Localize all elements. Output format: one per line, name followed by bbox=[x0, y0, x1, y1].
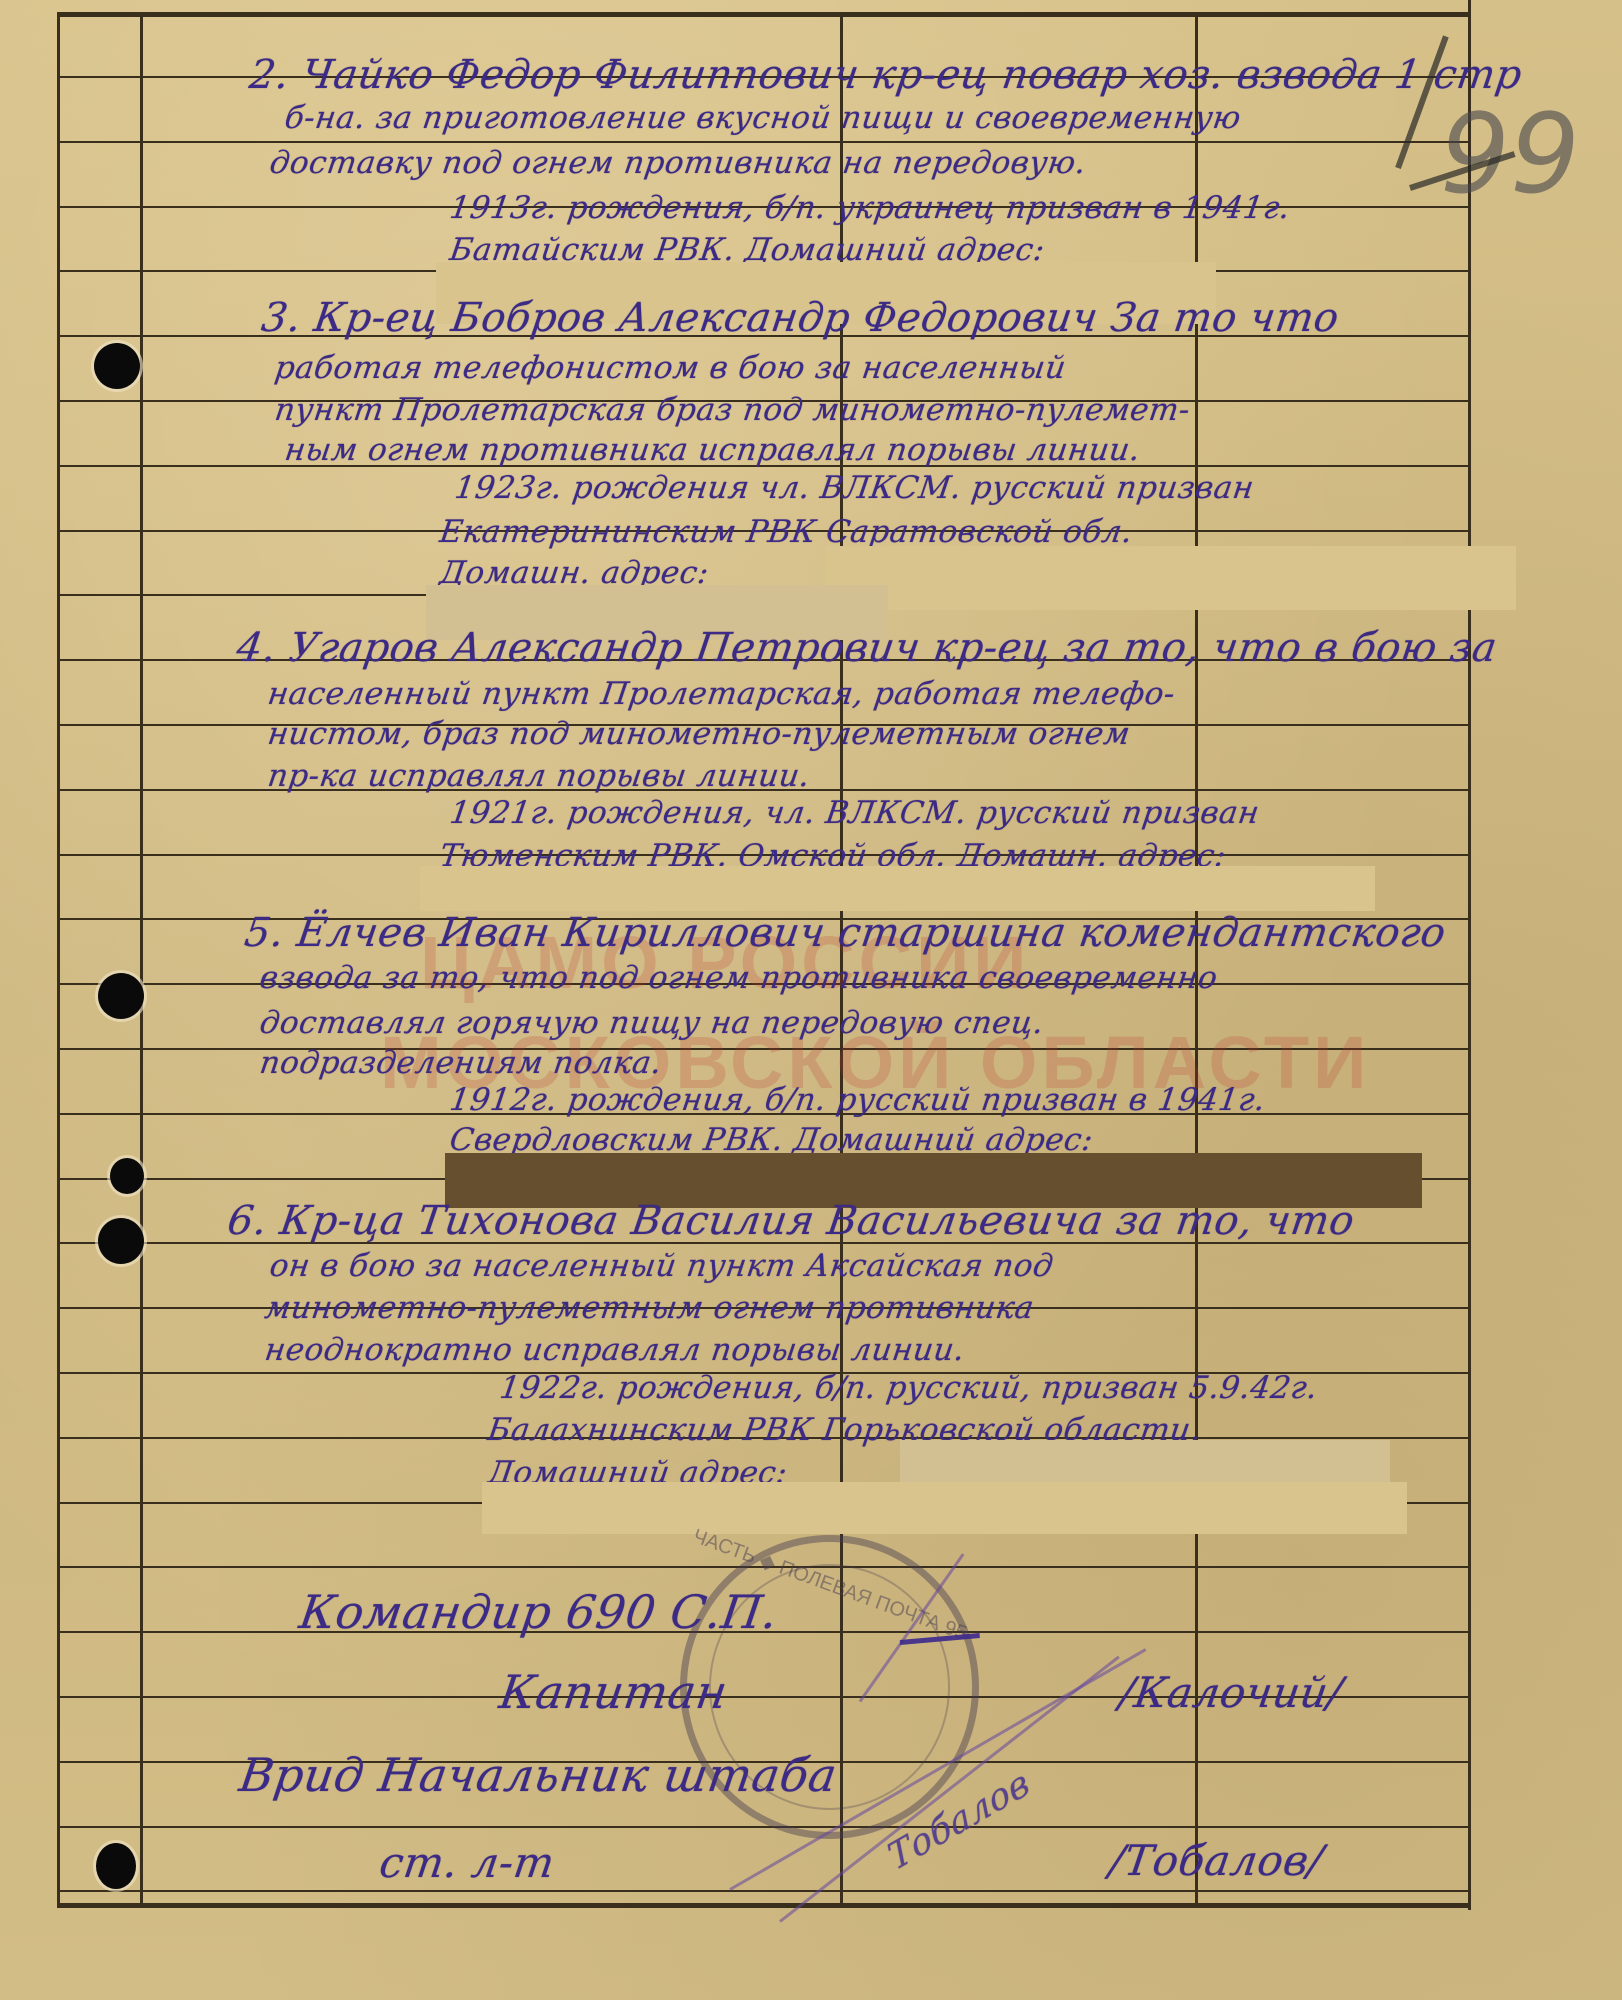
entry-3-line-4: ным огнем противника исправлял порывы ли… bbox=[282, 432, 1142, 468]
entry-3-line-2: работая телефонистом в бою за населенный bbox=[272, 350, 1068, 386]
entry-5-line-3: доставлял горячую пищу на передовую спец… bbox=[257, 1005, 1046, 1041]
commander-title: Командир 690 С.П. bbox=[296, 1585, 781, 1639]
redacted-address bbox=[482, 1482, 1407, 1534]
entry-6-line-5: 1922г. рождения, б/п. русский, призван 5… bbox=[497, 1370, 1320, 1406]
column-rule-3 bbox=[1468, 0, 1471, 1910]
punch-hole bbox=[110, 1158, 144, 1194]
entry-5-line-2: взвода за то, что под огнем противника с… bbox=[257, 960, 1219, 996]
commander-rank: Капитан bbox=[496, 1665, 731, 1719]
entry-3-line-3: пункт Пролетарская браз под минометно-пу… bbox=[272, 392, 1192, 428]
margin-rule-outer bbox=[57, 12, 60, 1907]
ruled-line bbox=[57, 1826, 1471, 1828]
punch-hole bbox=[98, 973, 144, 1019]
entry-6-line-3: минометно-пулеметным огнем противника bbox=[262, 1290, 1036, 1326]
entry-6-line-1: 6. Кр-ца Тихонова Василия Васильевича за… bbox=[225, 1198, 1358, 1244]
entry-4-line-4: пр-ка исправлял порывы линии. bbox=[265, 758, 812, 794]
punch-hole bbox=[94, 343, 140, 389]
ruled-line bbox=[57, 1890, 1471, 1892]
document-page: ЦАМО РОССИИ МОСКОВСКОЙ ОБЛАСТИ 2. Чайко … bbox=[0, 0, 1622, 2000]
entry-3-line-5: 1923г. рождения чл. ВЛКСМ. русский призв… bbox=[452, 470, 1256, 506]
entry-4-line-1: 4. Угаров Александр Петрович кр-ец за то… bbox=[234, 625, 1500, 671]
redacted-address bbox=[826, 546, 1516, 610]
margin-rule-inner bbox=[140, 12, 143, 1907]
redacted-address bbox=[900, 1440, 1390, 1485]
entry-6-line-2: он в бою за населенный пункт Аксайская п… bbox=[267, 1248, 1055, 1284]
entry-6-line-4: неоднократно исправлял порывы линии. bbox=[262, 1332, 967, 1368]
top-rule bbox=[57, 12, 1471, 17]
punch-hole bbox=[98, 1218, 144, 1264]
ruled-line bbox=[57, 141, 1471, 143]
entry-4-line-3: нистом, браз под минометно-пулеметным ог… bbox=[265, 716, 1132, 752]
entry-5-line-5: 1912г. рождения, б/п. русский призван в … bbox=[447, 1082, 1267, 1118]
entry-3-line-6: Екатерининским РВК Саратовской обл. bbox=[437, 514, 1135, 550]
chief-rank: ст. л-т bbox=[377, 1838, 558, 1887]
entry-2-line-1: 2. Чайко Федор Филиппович кр-ец повар хо… bbox=[247, 52, 1525, 98]
entry-2-line-4: 1913г. рождения, б/п. украинец призван в… bbox=[447, 190, 1292, 226]
punch-hole bbox=[96, 1843, 136, 1889]
entry-5-line-4: подразделениям полка. bbox=[257, 1045, 664, 1081]
entry-4-line-5: 1921г. рождения, чл. ВЛКСМ. русский приз… bbox=[447, 795, 1261, 831]
redacted-address bbox=[420, 866, 1375, 911]
entry-5-line-1: 5. Ёлчев Иван Кириллович старшина коменд… bbox=[242, 910, 1449, 956]
entry-4-line-2: населенный пункт Пролетарская, работая т… bbox=[265, 676, 1177, 712]
chief-title: Врид Начальник штаба bbox=[236, 1748, 840, 1802]
commander-signature-name: /Калочий/ bbox=[1117, 1668, 1346, 1717]
bottom-rule bbox=[57, 1903, 1471, 1908]
entry-3-line-1: 3. Кр-ец Бобров Александр Федорович За т… bbox=[259, 295, 1342, 341]
chief-signature-name: /Тобалов/ bbox=[1107, 1836, 1327, 1885]
entry-2-line-3: доставку под огнем противника на передов… bbox=[267, 145, 1088, 181]
entry-2-line-2: б-на. за приготовление вкусной пищи и св… bbox=[282, 100, 1243, 136]
